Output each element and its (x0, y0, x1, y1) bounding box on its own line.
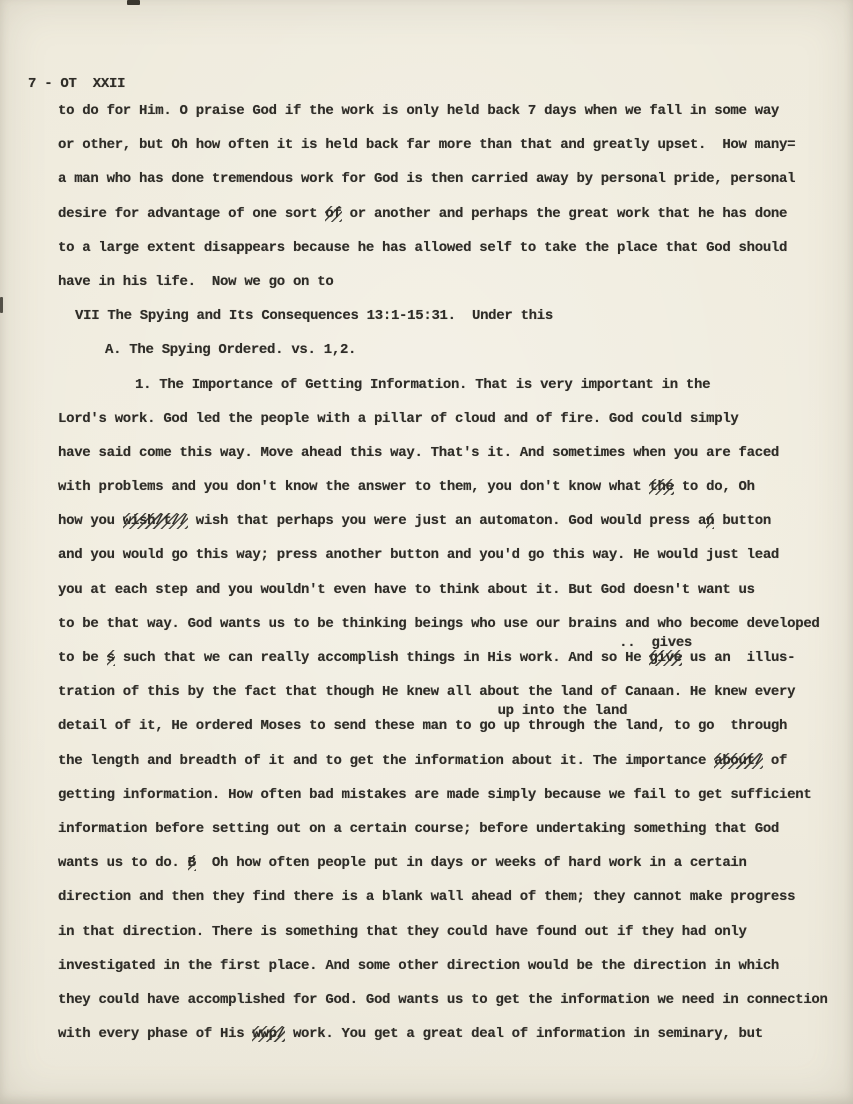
text-segment: or another and perhaps the great work th… (342, 206, 788, 222)
text-segment: , to go through (658, 718, 788, 734)
text-segment: you at each step and you wouldn't even h… (58, 582, 755, 598)
text-line: with problems and you don't know the ans… (58, 479, 841, 513)
text-line: direction and then they find there is a … (58, 889, 841, 923)
text-segment: or other, but Oh how often it is held ba… (58, 137, 795, 153)
text-segment: the length and breadth of it and to get … (58, 753, 714, 769)
text-line: investigated in the first place. And som… (58, 958, 841, 992)
text-line: have in his life. Now we go on to (58, 274, 841, 308)
scan-mark-top-edge (127, 0, 140, 5)
struck-out-text: the (649, 479, 673, 495)
text-line: wants us to do. B Oh how often people pu… (58, 855, 841, 889)
text-segment: to a large extent disappears because he … (58, 240, 787, 256)
text-segment: have in his life. Now we go on to (58, 274, 333, 290)
struck-out-text: of (325, 206, 341, 222)
text-line: they could have accomplished for God. Go… (58, 992, 841, 1026)
text-line: to a large extent disappears because he … (58, 240, 841, 274)
text-segment: A. The Spying Ordered. vs. 1,2. (105, 342, 356, 358)
scan-mark-left-edge (0, 297, 3, 313)
text-line: have said come this way. Move ahead this… (58, 445, 841, 479)
text-line: desire for advantage of one sort of or a… (58, 206, 841, 240)
struck-out-text: wwp/ (252, 1026, 284, 1042)
text-segment: they could have accomplished for God. Go… (58, 992, 828, 1008)
text-line: getting information. How often bad mista… (58, 787, 841, 821)
text-line: in that direction. There is something th… (58, 924, 841, 958)
text-segment: wants us to do. (58, 855, 188, 871)
struck-out-text: B (188, 855, 196, 871)
text-segment: investigated in the first place. And som… (58, 958, 779, 974)
document-body: to do for Him. O praise God if the work … (58, 103, 841, 1060)
text-segment: tration of this by the fact that though … (58, 684, 795, 700)
struck-out-text: give (649, 650, 681, 666)
struck-out-text: wish/t// (123, 513, 188, 529)
text-line: to do for Him. O praise God if the work … (58, 103, 841, 137)
text-segment: 1. The Importance of Getting Information… (135, 377, 710, 393)
text-line: VII The Spying and Its Consequences 13:1… (58, 308, 841, 342)
text-segment: to do, Oh (674, 479, 755, 495)
text-segment: button (714, 513, 771, 529)
text-segment: a man who has done tremendous work for G… (58, 171, 795, 187)
text-segment: Oh how often people put in days or weeks… (196, 855, 747, 871)
text-segment: Lord's work. God led the people with a p… (58, 411, 739, 427)
text-segment: such that we can really accomplish thing… (115, 650, 625, 666)
text-line: you at each step and you wouldn't even h… (58, 582, 841, 616)
text-line: how you wish/t// wish that perhaps you w… (58, 513, 841, 547)
struck-out-text: s (107, 650, 115, 666)
text-segment: with problems and you don't know the ans… (58, 479, 649, 495)
text-line: and you would go this way; press another… (58, 547, 841, 581)
text-segment: of (763, 753, 787, 769)
text-segment: direction and then they find there is a … (58, 889, 795, 905)
text-segment: to be that way. God wants us to be think… (58, 616, 820, 632)
text-segment: us an illus- (682, 650, 795, 666)
text-line: or other, but Oh how often it is held ba… (58, 137, 841, 171)
text-line: information before setting out on a cert… (58, 821, 841, 855)
text-segment: have said come this way. Move ahead this… (58, 445, 779, 461)
text-line: A. The Spying Ordered. vs. 1,2. (58, 342, 841, 376)
text-line: Lord's work. God led the people with a p… (58, 411, 841, 445)
text-segment: desire for advantage of one sort (58, 206, 325, 222)
text-segment: in that direction. There is something th… (58, 924, 747, 940)
text-line: detail of it, He ordered Moses to send t… (58, 718, 841, 752)
text-line: to be that way. God wants us to be think… (58, 616, 841, 650)
text-segment: how you (58, 513, 123, 529)
text-line: to be s such that we can really accompli… (58, 650, 841, 684)
text-segment: information before setting out on a cert… (58, 821, 779, 837)
page-header: 7 - OT XXII (28, 76, 125, 92)
text-segment: up through the landup into the land (504, 718, 658, 734)
interline-insertion: up into the land (498, 703, 628, 719)
text-segment: wish that perhaps you were just an autom… (188, 513, 707, 529)
typewritten-page: 7 - OT XXII to do for Him. O praise God … (0, 0, 853, 1104)
text-line: the length and breadth of it and to get … (58, 753, 841, 787)
text-segment: work. You get a great deal of informatio… (285, 1026, 763, 1042)
text-segment: to be (58, 650, 107, 666)
text-line: tration of this by the fact that though … (58, 684, 841, 718)
text-line: 1. The Importance of Getting Information… (58, 377, 841, 411)
text-segment: He .. gives (625, 650, 649, 666)
text-segment: with every phase of His (58, 1026, 252, 1042)
text-line: with every phase of His wwp/ work. You g… (58, 1026, 841, 1060)
text-segment: VII The Spying and Its Consequences 13:1… (75, 308, 553, 324)
text-segment: to do for Him. O praise God if the work … (58, 103, 779, 119)
text-segment: detail of it, He ordered Moses to send t… (58, 718, 504, 734)
text-line: a man who has done tremendous work for G… (58, 171, 841, 205)
text-segment: getting information. How often bad mista… (58, 787, 811, 803)
interline-insertion: .. gives (619, 635, 692, 651)
text-segment: and you would go this way; press another… (58, 547, 779, 563)
struck-out-text: about/ (714, 753, 763, 769)
